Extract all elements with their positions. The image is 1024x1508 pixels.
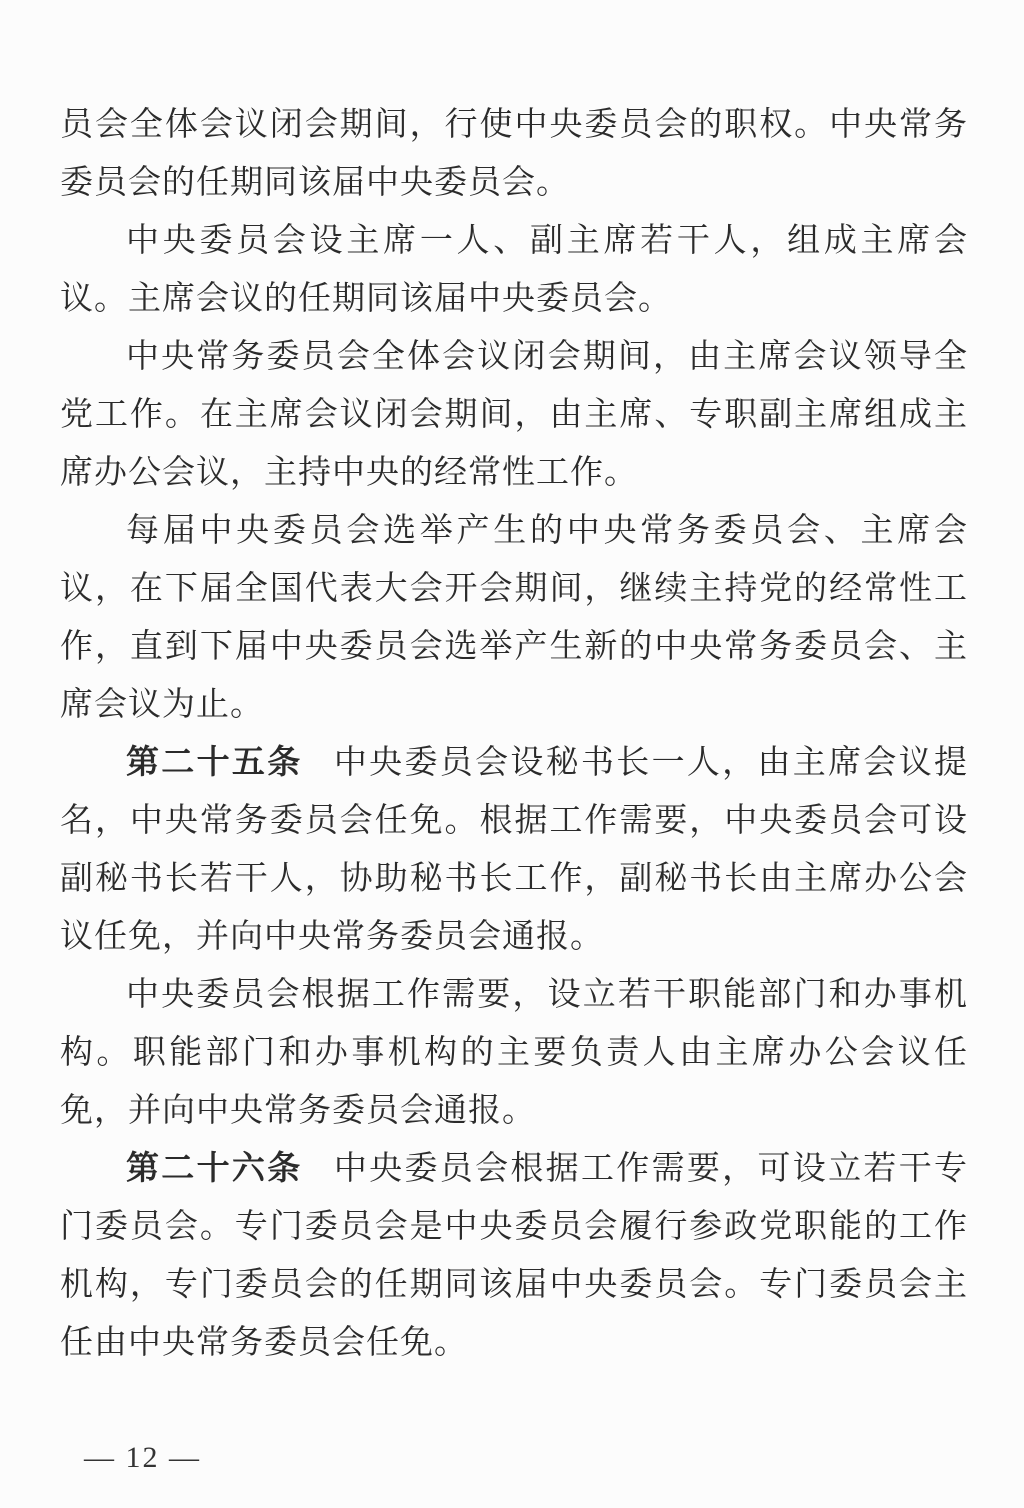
paragraph-text: 中央委员会根据工作需要，设立若干职能部门和办事机构。职能部门和办事机构的主要负责… (60, 977, 968, 1129)
page-number: — 12 — (84, 1438, 201, 1478)
paragraph: 中央委员会根据工作需要，设立若干职能部门和办事机构。职能部门和办事机构的主要负责… (60, 966, 968, 1140)
article-number: 第二十六条 (126, 1151, 303, 1187)
document-page: 员会全体会议闭会期间，行使中央委员会的职权。中央常务委员会的任期同该届中央委员会… (0, 0, 1024, 1508)
paragraph-text: 员会全体会议闭会期间，行使中央委员会的职权。中央常务委员会的任期同该届中央委员会… (60, 107, 968, 201)
paragraph-continuation: 员会全体会议闭会期间，行使中央委员会的职权。中央常务委员会的任期同该届中央委员会… (60, 96, 968, 212)
paragraph-text: 中央委员会设主席一人、副主席若干人，组成主席会议。主席会议的任期同该届中央委员会… (60, 223, 968, 317)
paragraph-article-26: 第二十六条中央委员会根据工作需要，可设立若干专门委员会。专门委员会是中央委员会履… (60, 1140, 968, 1372)
paragraph: 每届中央委员会选举产生的中央常务委员会、主席会议，在下届全国代表大会开会期间，继… (60, 502, 968, 734)
paragraph-article-25: 第二十五条中央委员会设秘书长一人，由主席会议提名，中央常务委员会任免。根据工作需… (60, 734, 968, 966)
article-number: 第二十五条 (126, 745, 303, 781)
paragraph-text: 每届中央委员会选举产生的中央常务委员会、主席会议，在下届全国代表大会开会期间，继… (60, 513, 968, 723)
paragraph: 中央常务委员会全体会议闭会期间，由主席会议领导全党工作。在主席会议闭会期间，由主… (60, 328, 968, 502)
document-body: 员会全体会议闭会期间，行使中央委员会的职权。中央常务委员会的任期同该届中央委员会… (60, 96, 968, 1372)
paragraph-text: 中央常务委员会全体会议闭会期间，由主席会议领导全党工作。在主席会议闭会期间，由主… (60, 339, 968, 491)
paragraph: 中央委员会设主席一人、副主席若干人，组成主席会议。主席会议的任期同该届中央委员会… (60, 212, 968, 328)
